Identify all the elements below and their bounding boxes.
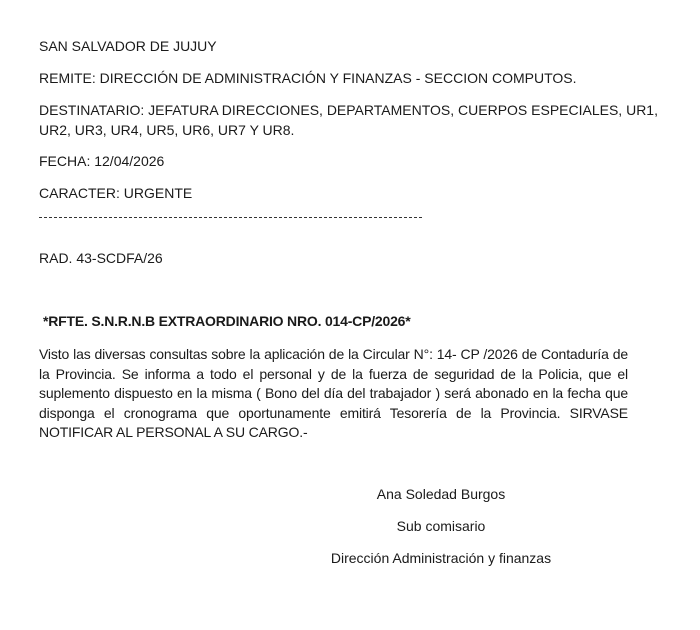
signature-department: Dirección Administración y finanzas <box>280 549 602 568</box>
priority-line: CARACTER: URGENTE <box>39 184 192 203</box>
city-line: SAN SALVADOR DE JUJUY <box>39 37 217 56</box>
signature-name: Ana Soledad Burgos <box>300 485 582 504</box>
recipient-line-2: UR2, UR3, UR4, UR5, UR6, UR7 Y UR8. <box>39 121 294 140</box>
signature-rank: Sub comisario <box>300 517 582 536</box>
recipient-line-1: DESTINATARIO: JEFATURA DIRECCIONES, DEPA… <box>39 101 658 120</box>
divider <box>39 217 422 218</box>
document-title: *RFTE. S.N.R.N.B EXTRAORDINARIO NRO. 014… <box>43 312 411 331</box>
date-line: FECHA: 12/04/2026 <box>39 152 164 171</box>
sender-line: REMITE: DIRECCIÓN DE ADMINISTRACIÓN Y FI… <box>39 69 577 88</box>
body-paragraph: Visto las diversas consultas sobre la ap… <box>39 345 628 443</box>
reference-number: RAD. 43-SCDFA/26 <box>39 249 163 268</box>
